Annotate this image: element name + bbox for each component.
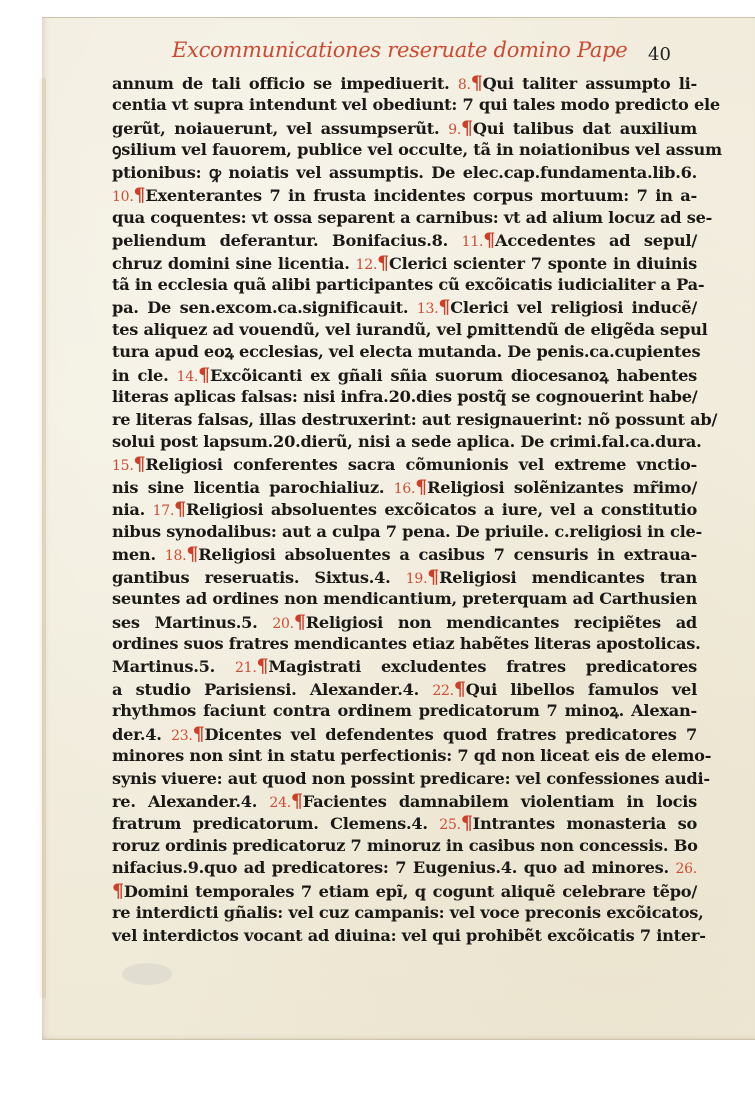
text-line: 10.¶Exenterantes 7 in frusta incidentes … — [112, 184, 697, 206]
text-run: Magistrati excludentes fratres predicato… — [268, 657, 697, 676]
text-run: peliendum deferantur. Bonifacius.8. — [112, 231, 462, 250]
text-run: Religiosi non mendicantes recipiẽtes ad — [306, 613, 697, 632]
text-line: a studio Parisiensi. Alexander.4. 22.¶Qu… — [112, 678, 697, 700]
pilcrow-icon: ¶ — [461, 117, 473, 139]
pilcrow-icon: ¶ — [483, 229, 495, 251]
text-run: der.4. — [112, 725, 171, 744]
text-run: Religiosi mendicantes tran — [439, 568, 697, 587]
text-line: ¶Domini temporales 7 etiam epĩ, q cogunt… — [112, 880, 697, 902]
text-line: nia. 17.¶Religiosi absoluentes excõicato… — [112, 498, 697, 520]
pilcrow-icon: ¶ — [438, 296, 450, 318]
pilcrow-icon: ¶ — [174, 498, 186, 520]
text-run: tura apud eoꝝ ecclesias, vel electa muta… — [112, 342, 700, 361]
text-block: annum de tali officio se impediuerit. 8.… — [112, 72, 697, 947]
text-run: Religiosi conferentes sacra cõmunionis v… — [145, 455, 697, 474]
running-head: Excommunicationes reseruate domino Pape — [172, 38, 627, 62]
section-number: 13. — [417, 301, 439, 317]
text-line: Martinus.5. 21.¶Magistrati excludentes f… — [112, 655, 697, 677]
section-number: 11. — [462, 234, 484, 250]
text-line: re interdicti gñalis: vel cuz campanis: … — [112, 902, 697, 924]
text-run: ses Martinus.5. — [112, 613, 272, 632]
text-line: ptionibus: ꝙ noiatis vel assumptis. De e… — [112, 162, 697, 184]
section-number: 20. — [272, 616, 294, 632]
text-line: tes aliquez ad vouendũ, vel iurandũ, vel… — [112, 319, 697, 341]
text-line: tã in ecclesia quã alibi participantes c… — [112, 274, 697, 296]
text-line: gantibus reseruatis. Sixtus.4. 19.¶Relig… — [112, 566, 697, 588]
text-run: centia vt supra intendunt vel obediunt: … — [112, 95, 720, 114]
text-run: nibus synodalibus: aut a culpa 7 pena. D… — [112, 522, 702, 541]
text-line: gerũt, noiauerunt, vel assumpserũt. 9.¶Q… — [112, 117, 697, 139]
text-line: roruz ordinis predicatoruz 7 minoruz in … — [112, 835, 697, 857]
pilcrow-icon: ¶ — [461, 812, 473, 834]
text-line: re. Alexander.4. 24.¶Facientes damnabile… — [112, 790, 697, 812]
text-run: chruz domini sine licentia. — [112, 254, 356, 273]
pilcrow-icon: ¶ — [294, 611, 306, 633]
text-line: nibus synodalibus: aut a culpa 7 pena. D… — [112, 521, 697, 543]
text-run: gerũt, noiauerunt, vel assumpserũt. — [112, 119, 448, 138]
section-number: 15. — [112, 458, 134, 474]
text-line: synis viuere: aut quod non possint predi… — [112, 768, 697, 790]
section-number: 17. — [153, 503, 175, 519]
pilcrow-icon: ¶ — [454, 678, 466, 700]
text-run: re. Alexander.4. — [112, 792, 269, 811]
text-run: fratrum predicatorum. Clemens.4. — [112, 814, 439, 833]
text-run: Accedentes ad sepul/ — [495, 231, 697, 250]
text-run: rhythmos faciunt contra ordinem predicat… — [112, 701, 697, 720]
text-line: vel interdictos vocant ad diuina: vel qu… — [112, 925, 697, 947]
text-run: annum de tali officio se impediuerit. — [112, 74, 458, 93]
text-run: nis sine licentia parochialiuz. — [112, 478, 394, 497]
folio-number: 40 — [648, 44, 671, 65]
text-run: Martinus.5. — [112, 657, 235, 676]
text-line: literas aplicas falsas: nisi infra.20.di… — [112, 386, 697, 408]
text-run: ordines suos fratres mendicantes etiaz h… — [112, 634, 701, 653]
text-line: chruz domini sine licentia. 12.¶Clerici … — [112, 252, 697, 274]
text-run: men. — [112, 545, 165, 564]
section-number: 22. — [432, 683, 454, 699]
text-run: Religiosi solẽnizantes mr̃imo/ — [427, 478, 697, 497]
text-line: ꝯsilium vel fauorem, publice vel occulte… — [112, 139, 697, 161]
section-number: 12. — [356, 257, 378, 273]
section-number: 14. — [177, 369, 199, 385]
text-line: ses Martinus.5. 20.¶Religiosi non mendic… — [112, 611, 697, 633]
pilcrow-icon: ¶ — [112, 880, 124, 902]
text-line: seuntes ad ordines non mendicantium, pre… — [112, 588, 697, 610]
pilcrow-icon: ¶ — [134, 184, 146, 206]
section-number: 8. — [458, 77, 471, 93]
text-run: Religiosi absoluentes excõicatos a iure,… — [186, 500, 697, 519]
pilcrow-icon: ¶ — [427, 566, 439, 588]
text-run: roruz ordinis predicatoruz 7 minoruz in … — [112, 836, 698, 855]
text-run: tã in ecclesia quã alibi participantes c… — [112, 275, 704, 294]
text-run: gantibus reseruatis. Sixtus.4. — [112, 568, 406, 587]
text-run: re interdicti gñalis: vel cuz campanis: … — [112, 903, 704, 922]
text-run: Exenterantes 7 in frusta incidentes corp… — [145, 186, 697, 205]
text-run: literas aplicas falsas: nisi infra.20.di… — [112, 387, 697, 406]
section-number: 21. — [235, 660, 257, 676]
text-line: minores non sint in statu perfectionis: … — [112, 745, 697, 767]
text-line: ordines suos fratres mendicantes etiaz h… — [112, 633, 697, 655]
paper-stain — [122, 963, 172, 985]
text-run: Intrantes monasteria so — [473, 814, 697, 833]
text-run: nifacius.9.quo ad predicatores: 7 Eugeni… — [112, 858, 675, 877]
section-number: 25. — [439, 817, 461, 833]
text-run: Religiosi absoluentes a casibus 7 censur… — [198, 545, 697, 564]
pilcrow-icon: ¶ — [257, 655, 269, 677]
text-run: Excõicanti ex gñali sñia suorum diocesan… — [210, 366, 697, 385]
text-run: vel interdictos vocant ad diuina: vel qu… — [112, 926, 706, 945]
section-number: 26. — [675, 861, 697, 877]
text-line: rhythmos faciunt contra ordinem predicat… — [112, 700, 697, 722]
pilcrow-icon: ¶ — [134, 453, 146, 475]
pilcrow-icon: ¶ — [291, 790, 303, 812]
text-line: qua coquentes: vt ossa separent a carnib… — [112, 207, 697, 229]
text-run: Qui libellos famulos vel — [466, 680, 697, 699]
text-line: in cle. 14.¶Excõicanti ex gñali sñia suo… — [112, 364, 697, 386]
text-run: Facientes damnabilem violentiam in locis — [303, 792, 697, 811]
text-line: fratrum predicatorum. Clemens.4. 25.¶Int… — [112, 812, 697, 834]
text-line: tura apud eoꝝ ecclesias, vel electa muta… — [112, 341, 697, 363]
text-line: nifacius.9.quo ad predicatores: 7 Eugeni… — [112, 857, 697, 879]
text-run: nia. — [112, 500, 153, 519]
pilcrow-icon: ¶ — [193, 723, 205, 745]
pilcrow-icon: ¶ — [415, 476, 427, 498]
text-run: qua coquentes: vt ossa separent a carnib… — [112, 208, 712, 227]
text-line: pa. De sen.excom.ca.significauit. 13.¶Cl… — [112, 296, 697, 318]
text-line: der.4. 23.¶Dicentes vel defendentes quod… — [112, 723, 697, 745]
text-run: Clerici scienter 7 sponte in diuinis — [389, 254, 697, 273]
text-line: re literas falsas, illas destruxerint: a… — [112, 409, 697, 431]
text-run: in cle. — [112, 366, 177, 385]
section-number: 18. — [165, 548, 187, 564]
text-run: a studio Parisiensi. Alexander.4. — [112, 680, 432, 699]
text-run: synis viuere: aut quod non possint predi… — [112, 769, 710, 788]
text-line: annum de tali officio se impediuerit. 8.… — [112, 72, 697, 94]
text-run: Qui taliter assumpto li- — [483, 74, 697, 93]
section-number: 10. — [112, 189, 134, 205]
text-run: seuntes ad ordines non mendicantium, pre… — [112, 589, 697, 608]
text-line: solui post lapsum.20.dierũ, nisi a sede … — [112, 431, 697, 453]
section-number: 9. — [448, 122, 461, 138]
text-line: 15.¶Religiosi conferentes sacra cõmunion… — [112, 453, 697, 475]
text-run: Domini temporales 7 etiam epĩ, q cogunt … — [124, 882, 697, 901]
text-line: nis sine licentia parochialiuz. 16.¶Reli… — [112, 476, 697, 498]
text-run: pa. De sen.excom.ca.significauit. — [112, 298, 417, 317]
section-number: 24. — [269, 795, 291, 811]
text-run: ptionibus: ꝙ noiatis vel assumptis. De e… — [112, 163, 697, 182]
text-line: men. 18.¶Religiosi absoluentes a casibus… — [112, 543, 697, 565]
section-number: 16. — [394, 481, 416, 497]
text-run: Qui talibus dat auxilium — [473, 119, 697, 138]
text-run: ꝯsilium vel fauorem, publice vel occulte… — [112, 140, 722, 159]
text-run: solui post lapsum.20.dierũ, nisi a sede … — [112, 432, 702, 451]
section-number: 19. — [406, 571, 428, 587]
text-line: centia vt supra intendunt vel obediunt: … — [112, 94, 697, 116]
text-run: tes aliquez ad vouendũ, vel iurandũ, vel… — [112, 320, 708, 339]
section-number: 23. — [171, 728, 193, 744]
pilcrow-icon: ¶ — [471, 72, 483, 94]
text-run: Clerici vel religiosi inducẽ/ — [450, 298, 697, 317]
text-run: Dicentes vel defendentes quod fratres pr… — [204, 725, 697, 744]
text-run: re literas falsas, illas destruxerint: a… — [112, 410, 717, 429]
text-run: minores non sint in statu perfectionis: … — [112, 746, 711, 765]
text-line: peliendum deferantur. Bonifacius.8. 11.¶… — [112, 229, 697, 251]
pilcrow-icon: ¶ — [198, 364, 210, 386]
pilcrow-icon: ¶ — [186, 543, 198, 565]
pilcrow-icon: ¶ — [377, 252, 389, 274]
